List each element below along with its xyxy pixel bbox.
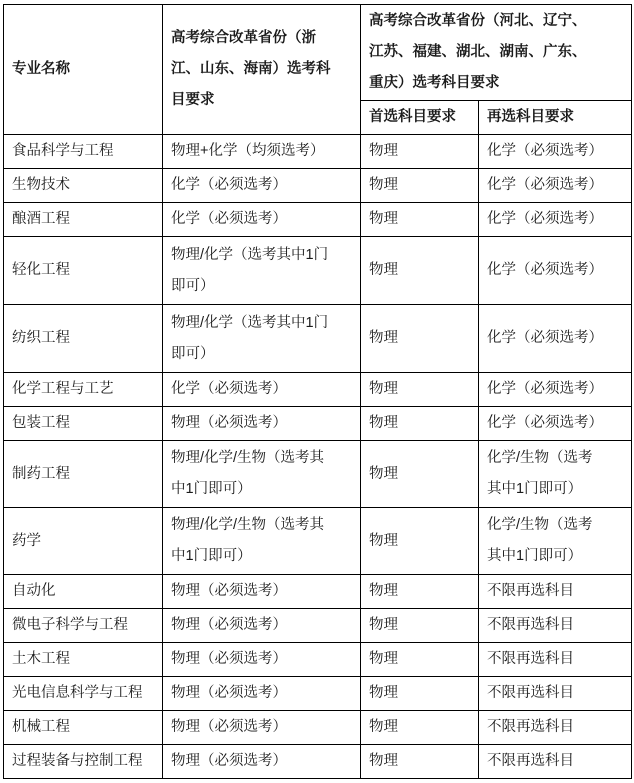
zhejiang-req-cell: 化学（必须选考） [163, 169, 361, 203]
zhejiang-req-cell: 物理（必须选考） [163, 677, 361, 711]
second-choice-cell: 化学（必须选考） [479, 203, 632, 237]
second-choice-cell: 化学（必须选考） [479, 169, 632, 203]
first-choice-cell: 物理 [361, 677, 479, 711]
major-cell: 包装工程 [4, 407, 163, 441]
first-choice-cell: 物理 [361, 508, 479, 575]
table-row: 食品科学与工程 物理+化学（均须选考） 物理 化学（必须选考） [4, 135, 632, 169]
first-choice-cell: 物理 [361, 441, 479, 508]
major-cell: 药学 [4, 508, 163, 575]
second-choice-cell: 化学（必须选考） [479, 135, 632, 169]
first-choice-cell: 物理 [361, 373, 479, 407]
table-row: 轻化工程 物理/化学（选考其中1门 即可） 物理 化学（必须选考） [4, 237, 632, 305]
first-choice-cell: 物理 [361, 711, 479, 745]
table-row: 纺织工程 物理/化学（选考其中1门 即可） 物理 化学（必须选考） [4, 305, 632, 373]
zhejiang-req-cell: 物理（必须选考） [163, 575, 361, 609]
zhejiang-req-cell: 物理（必须选考） [163, 407, 361, 441]
major-cell: 酿酒工程 [4, 203, 163, 237]
major-cell: 自动化 [4, 575, 163, 609]
first-choice-cell: 物理 [361, 135, 479, 169]
table-row: 制药工程 物理/化学/生物（选考其 中1门即可） 物理 化学/生物（选考 其中1… [4, 441, 632, 508]
table-row: 药学 物理/化学/生物（选考其 中1门即可） 物理 化学/生物（选考 其中1门即… [4, 508, 632, 575]
table-row: 包装工程 物理（必须选考） 物理 化学（必须选考） [4, 407, 632, 441]
major-cell: 食品科学与工程 [4, 135, 163, 169]
first-choice-cell: 物理 [361, 575, 479, 609]
zhejiang-req-cell: 物理/化学/生物（选考其 中1门即可） [163, 441, 361, 508]
major-cell: 微电子科学与工程 [4, 609, 163, 643]
first-choice-cell: 物理 [361, 305, 479, 373]
first-choice-cell: 物理 [361, 203, 479, 237]
header-second-choice: 再选科目要求 [479, 101, 632, 135]
zhejiang-req-cell: 物理/化学（选考其中1门 即可） [163, 237, 361, 305]
zhejiang-req-cell: 物理（必须选考） [163, 609, 361, 643]
zhejiang-req-cell: 化学（必须选考） [163, 203, 361, 237]
first-choice-cell: 物理 [361, 609, 479, 643]
zhejiang-req-cell: 物理（必须选考） [163, 711, 361, 745]
second-choice-cell: 不限再选科目 [479, 575, 632, 609]
table-row: 过程装备与控制工程 物理（必须选考） 物理 不限再选科目 [4, 745, 632, 779]
first-choice-cell: 物理 [361, 237, 479, 305]
zhejiang-req-cell: 物理/化学（选考其中1门 即可） [163, 305, 361, 373]
table-row: 化学工程与工艺 化学（必须选考） 物理 化学（必须选考） [4, 373, 632, 407]
zhejiang-req-cell: 物理/化学/生物（选考其 中1门即可） [163, 508, 361, 575]
second-choice-cell: 化学（必须选考） [479, 373, 632, 407]
major-cell: 过程装备与控制工程 [4, 745, 163, 779]
major-cell: 制药工程 [4, 441, 163, 508]
second-choice-cell: 化学（必须选考） [479, 407, 632, 441]
second-choice-cell: 不限再选科目 [479, 677, 632, 711]
second-choice-cell: 不限再选科目 [479, 609, 632, 643]
header-first-choice: 首选科目要求 [361, 101, 479, 135]
zhejiang-req-cell: 物理+化学（均须选考） [163, 135, 361, 169]
first-choice-cell: 物理 [361, 745, 479, 779]
table-row: 酿酒工程 化学（必须选考） 物理 化学（必须选考） [4, 203, 632, 237]
second-choice-cell: 化学/生物（选考 其中1门即可） [479, 508, 632, 575]
first-choice-cell: 物理 [361, 643, 479, 677]
table-row: 机械工程 物理（必须选考） 物理 不限再选科目 [4, 711, 632, 745]
major-cell: 光电信息科学与工程 [4, 677, 163, 711]
major-cell: 土木工程 [4, 643, 163, 677]
table-row: 光电信息科学与工程 物理（必须选考） 物理 不限再选科目 [4, 677, 632, 711]
major-cell: 生物技术 [4, 169, 163, 203]
zhejiang-req-cell: 化学（必须选考） [163, 373, 361, 407]
document-page: 专业名称 高考综合改革省份（浙 江、山东、海南）选考科 目要求 高考综合改革省份… [0, 0, 634, 783]
second-choice-cell: 化学（必须选考） [479, 305, 632, 373]
major-cell: 机械工程 [4, 711, 163, 745]
first-choice-cell: 物理 [361, 169, 479, 203]
table-row: 土木工程 物理（必须选考） 物理 不限再选科目 [4, 643, 632, 677]
subject-requirements-table: 专业名称 高考综合改革省份（浙 江、山东、海南）选考科 目要求 高考综合改革省份… [3, 4, 632, 779]
header-row-top: 专业名称 高考综合改革省份（浙 江、山东、海南）选考科 目要求 高考综合改革省份… [4, 5, 632, 101]
header-zhejiang-group: 高考综合改革省份（浙 江、山东、海南）选考科 目要求 [163, 5, 361, 135]
second-choice-cell: 不限再选科目 [479, 643, 632, 677]
first-choice-cell: 物理 [361, 407, 479, 441]
zhejiang-req-cell: 物理（必须选考） [163, 643, 361, 677]
zhejiang-req-cell: 物理（必须选考） [163, 745, 361, 779]
second-choice-cell: 不限再选科目 [479, 711, 632, 745]
major-cell: 纺织工程 [4, 305, 163, 373]
header-major-name: 专业名称 [4, 5, 163, 135]
major-cell: 化学工程与工艺 [4, 373, 163, 407]
second-choice-cell: 化学/生物（选考 其中1门即可） [479, 441, 632, 508]
second-choice-cell: 不限再选科目 [479, 745, 632, 779]
table-row: 微电子科学与工程 物理（必须选考） 物理 不限再选科目 [4, 609, 632, 643]
table-row: 自动化 物理（必须选考） 物理 不限再选科目 [4, 575, 632, 609]
table-row: 生物技术 化学（必须选考） 物理 化学（必须选考） [4, 169, 632, 203]
second-choice-cell: 化学（必须选考） [479, 237, 632, 305]
major-cell: 轻化工程 [4, 237, 163, 305]
header-hebei-group: 高考综合改革省份（河北、辽宁、 江苏、福建、湖北、湖南、广东、 重庆）选考科目要… [361, 5, 632, 101]
